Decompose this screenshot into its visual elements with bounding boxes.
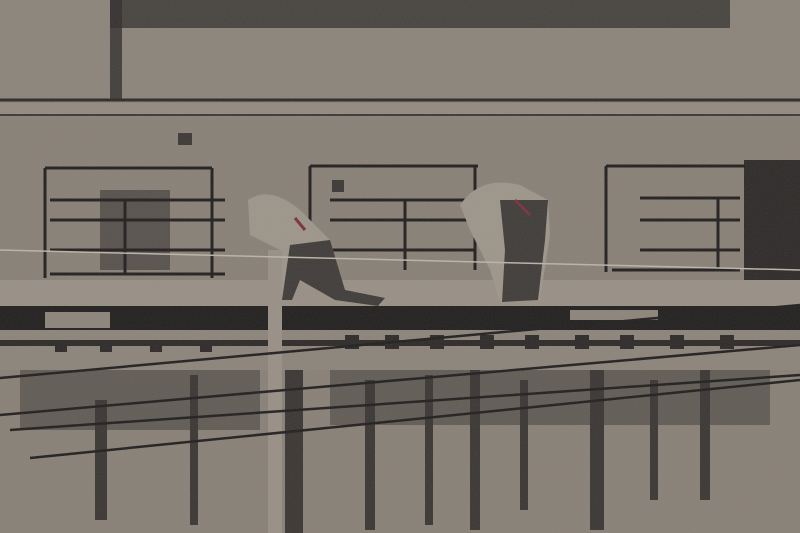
construction-site-photo — [0, 0, 800, 533]
photo-canvas — [0, 0, 800, 533]
